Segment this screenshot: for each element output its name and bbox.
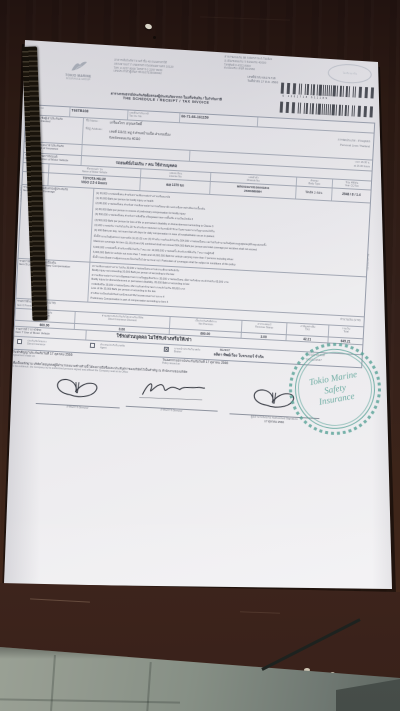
hummingbird-logo-icon	[68, 58, 89, 73]
broker-checkbox-checked: ✕	[164, 347, 169, 352]
insured-name: เกรียงไกร อรุณสวัสดิ์	[110, 120, 142, 126]
director-label-1: กรรมการ Director	[36, 404, 120, 412]
stamp-text: Tokio Marine Safety Insurance	[282, 336, 389, 443]
signature-block-director-1: กรรมการ Director	[36, 373, 122, 412]
schedule-table: เลขที่กรมธรรม์ Pol. No. T66TB108 เลขที่ใ…	[13, 104, 376, 368]
amount-note: จำนวนเงิน (บาท)	[301, 316, 361, 323]
agent-checkbox	[90, 343, 95, 348]
direct-checkbox	[17, 339, 22, 344]
head-office-address: อาคารเอ็มไพร์ทาวเวอร์ ชั้น 40 ถนนสาทรใต้…	[113, 59, 212, 79]
director-label-2: กรรมการ Director	[126, 407, 218, 416]
tokio-marine-seal-stamp: Tokio Marine Safety Insurance	[282, 336, 389, 443]
dark-speck	[153, 36, 156, 39]
document-content: TOKIO MARINE INSURANCE GROUP อาคารเอ็มไพ…	[0, 42, 379, 580]
barcode-policy	[280, 102, 376, 118]
company-logo: TOKIO MARINE INSURANCE GROUP	[49, 57, 108, 83]
insured-address-2: จังหวัดขอนแก่น 40110	[109, 135, 141, 141]
signature-block-director-2: กรรมการ Director	[126, 376, 220, 416]
photo-of-document: TOKIO MARINE INSURANCE GROUP อาคารเอ็มไพ…	[0, 0, 400, 711]
broker-name: ลลิตา ทิพย์เวียง โบรกเกอร์ จำกัด	[214, 352, 264, 359]
name-label: ชื่อ Name :	[86, 119, 100, 124]
item5-label: รายการที่ 5 ค่าเสียหายเบื้องต้น Item 5 L…	[16, 259, 90, 302]
signature-scribble-icon	[48, 374, 109, 401]
signature-cursive-icon	[136, 376, 209, 404]
embossed-oval-seal: โตเกียวมารีน	[327, 63, 372, 84]
time-en: at 16.30 hours	[340, 164, 370, 169]
oval-seal-text: โตเกียวมารีน	[343, 72, 357, 76]
total-col-en: Total	[330, 329, 362, 334]
direct-label-en: Direct Insurance	[27, 343, 46, 347]
address-label: ที่อยู่ Address :	[85, 127, 103, 132]
tax-col-en: TAX	[288, 327, 327, 332]
branch-address: สาขาขอนแก่น 88 ถ.มิตรภาพ ต.ในเมือง อ.เมื…	[224, 56, 317, 76]
